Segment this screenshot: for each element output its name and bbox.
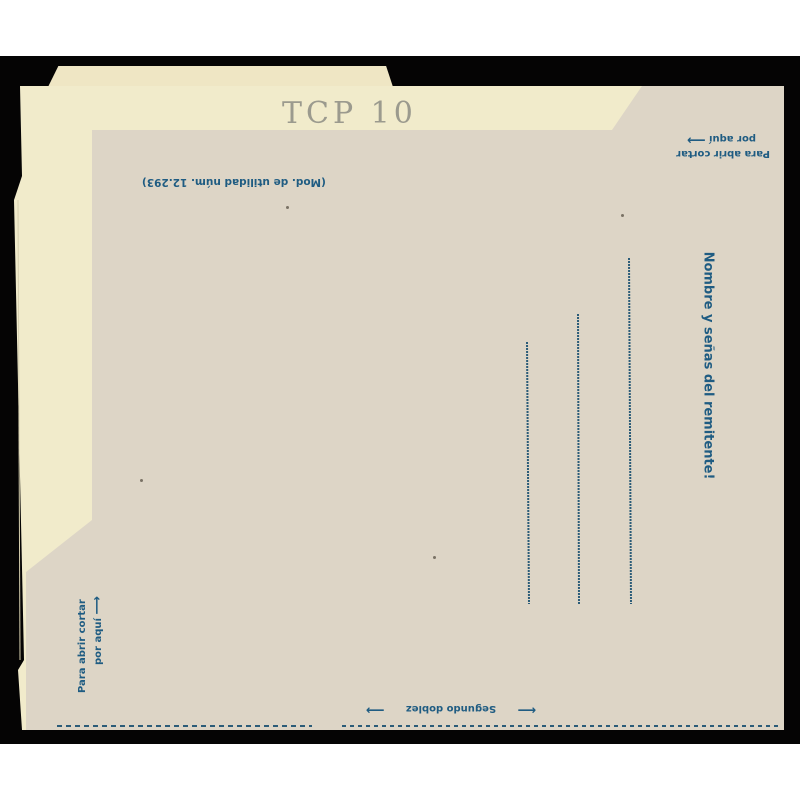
- top-right-line2: por aquí: [709, 133, 756, 144]
- handwritten-note: TCP 10: [282, 96, 417, 131]
- model-number: (Mod. de utilidad núm. 12.293): [142, 176, 326, 188]
- bottom-left-cut-instruction: Para abrir cortar por aquí ⟶: [75, 573, 109, 693]
- grey-panel: [26, 86, 784, 730]
- aerogramme-sheet: [12, 80, 784, 730]
- fold-right-arrow-icon: ⟶: [366, 702, 385, 717]
- top-right-cut-instruction: Para abrir cortar por aquí ⟶: [640, 128, 770, 160]
- arrow-up-icon: ⟶: [90, 596, 105, 615]
- bottom-left-line2: por aquí: [93, 618, 104, 665]
- sender-label: Nombre y señas del remitente!: [701, 236, 716, 496]
- sheet-graphics: [12, 80, 784, 730]
- paper-speck: [621, 214, 624, 217]
- bottom-left-line1: Para abrir cortar: [75, 573, 90, 693]
- paper-speck: [140, 479, 143, 482]
- fold-left-arrow-icon: ⟵: [518, 702, 537, 717]
- paper-speck: [433, 556, 436, 559]
- arrow-right-icon: ⟶: [687, 132, 706, 147]
- top-right-line1: Para abrir cortar: [640, 146, 770, 160]
- fold-label: Segundo doblez: [406, 703, 496, 714]
- address-line-2: [578, 314, 579, 604]
- paper-speck: [286, 206, 289, 209]
- second-fold-marker: ⟵ Segundo doblez ⟶: [340, 702, 562, 717]
